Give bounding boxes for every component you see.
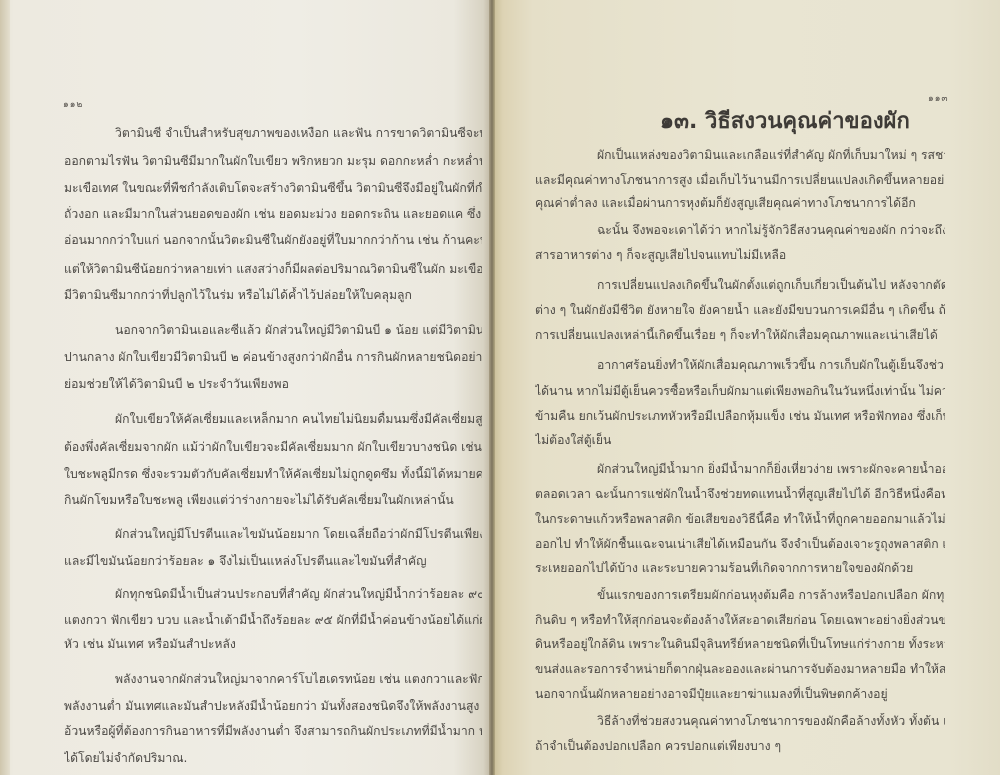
text-line: ในกระดาษแก้วหรือพลาสติก ข้อเสียของวิธีนี…: [535, 511, 945, 527]
text-line: ถั่วงอก และมีมากในส่วนยอดของผัก เช่น ยอด…: [64, 206, 482, 222]
text-line: มะเขือเทศ ในขณะที่พืชกำลังเติบโตจะสร้างว…: [64, 180, 482, 196]
text-line: ผักทุกชนิดมีน้ำเป็นส่วนประกอบที่สำคัญ ผั…: [115, 586, 482, 602]
left-page-number: ๑๑๒: [63, 97, 83, 111]
text-line: กินดิบ ๆ หรือทำให้สุกก่อนจะต้องล้างให้สะ…: [535, 612, 945, 628]
text-line: ออกไป ทำให้ผักชื้นแฉะจนเน่าเสียได้เหมือน…: [535, 536, 945, 552]
page-edge: [0, 0, 10, 775]
text-line: แตงกวา ฟักเขียว บวบ และน้ำเต้ามีน้ำถึงร้…: [64, 612, 482, 628]
text-line: นอกจากวิตามินเอและซีแล้ว ผักส่วนใหญ่มีวิ…: [115, 322, 482, 338]
text-line: ตลอดเวลา ฉะนั้นการแช่ผักในน้ำจึงช่วยทดแท…: [535, 486, 945, 502]
text-line: ย่อมช่วยให้ได้วิตามินบี ๒ ประจำวันเพียงพ…: [64, 376, 482, 392]
text-line: ผักใบเขียวให้คัลเซี่ยมและเหล็กมาก คนไทยไ…: [115, 411, 482, 427]
text-line: ได้นาน หากไม่มีตู้เย็นควรซื้อหรือเก็บผัก…: [535, 383, 945, 399]
text-line: ใบชะพลูมีกรด ซึ่งจะรวมตัวกับคัลเซี่ยมทำใ…: [64, 466, 482, 482]
text-line: ต่าง ๆ ในผักยังมีชีวิต ยังหายใจ ยังคายน้…: [535, 302, 945, 318]
chapter-title: ๑๓. วิธีสงวนคุณค่าของผัก: [660, 103, 910, 138]
text-line: หัว เช่น มันเทศ หรือมันสำปะหลัง: [64, 636, 482, 652]
text-line: ออกตามไรฟัน วิตามินซีมีมากในผักใบเขียว พ…: [64, 153, 482, 169]
text-line: วิตามินซี จำเป็นสำหรับสุขภาพของเหงือก แล…: [115, 125, 482, 141]
text-line: อากาศร้อนยิ่งทำให้ผักเสื่อมคุณภาพเร็วขึ้…: [597, 357, 945, 373]
text-line: ฉะนั้น จึงพอจะเดาได้ว่า หากไม่รู้จักวิธี…: [597, 222, 945, 238]
text-line: ได้โดยไม่จำกัดปริมาณ.: [64, 750, 482, 766]
text-line: กินผักโขมหรือใบชะพลู เพียงแต่ว่าร่างกายจ…: [64, 492, 482, 508]
book-spread: ๑๑๒ วิตามินซี จำเป็นสำหรับสุขภาพของเหงือ…: [0, 0, 1000, 775]
text-line: พลังงานจากผักส่วนใหญ่มาจากคาร์โบไฮเดรทน้…: [115, 671, 482, 687]
text-line: และมีไขมันน้อยกว่าร้อยละ ๑ จึงไม่เป็นแหล…: [64, 553, 482, 569]
text-line: ขนส่งและรอการจำหน่ายก็ตากฝุ่นละอองและผ่า…: [535, 661, 945, 677]
text-line: นอกจากนั้นผักหลายอย่างอาจมีปุ๋ยและยาฆ่าแ…: [535, 686, 945, 702]
text-line: คุณค่าต่ำลง และเมื่อผ่านการหุงต้มก็ยังสู…: [535, 195, 945, 211]
text-line: ผักเป็นแหล่งของวิตามินและเกลือแร่ที่สำคั…: [597, 147, 945, 163]
left-page: ๑๑๒ วิตามินซี จำเป็นสำหรับสุขภาพของเหงือ…: [0, 0, 493, 775]
text-line: ข้ามคืน ยกเว้นผักประเภทหัวหรือมีเปลือกหุ…: [535, 408, 945, 424]
text-line: มีวิตามินซีมากกว่าที่ปลูกไว้ในร่ม หรือไม…: [64, 287, 482, 303]
text-line: ขั้นแรกของการเตรียมผักก่อนหุงต้มคือ การล…: [597, 587, 945, 603]
text-line: และมีคุณค่าทางโภชนาการสูง เมื่อเก็บไว้นา…: [535, 172, 945, 188]
text-line: ผักส่วนใหญ่มีน้ำมาก ยิ่งมีน้ำมากก็ยิ่งเห…: [597, 461, 945, 477]
text-line: ไม่ต้องใส่ตู้เย็น: [535, 432, 945, 448]
text-line: สารอาหารต่าง ๆ ก็จะสูญเสียไปจนแทบไม่มีเห…: [535, 247, 945, 263]
text-line: การเปลี่ยนแปลงเกิดขึ้นในผักตั้งแต่ถูกเก็…: [597, 277, 945, 293]
text-line: ถ้าจำเป็นต้องปอกเปลือก ควรปอกแต่เพียงบาง…: [535, 738, 945, 754]
text-line: อ้วนหรือผู้ที่ต้องการกินอาหารที่มีพลังงา…: [64, 723, 482, 739]
text-line: วิธีล้างที่ช่วยสงวนคุณค่าทางโภชนาการของผ…: [597, 713, 945, 729]
text-line: แต่ให้วิตามินซีน้อยกว่าหลายเท่า แสงสว่าง…: [64, 261, 482, 277]
text-line: อ่อนมากกว่าใบแก่ นอกจากนั้นวิตะมินซีในผั…: [64, 232, 482, 248]
text-line: พลังงานต่ำ มันเทศและมันสำปะหลังมีน้ำน้อย…: [64, 698, 482, 714]
book-gutter: [489, 0, 495, 775]
text-line: การเปลี่ยนแปลงเหล่านี้เกิดขึ้นเรื่อย ๆ ก…: [535, 327, 945, 343]
text-line: ปานกลาง ผักใบเขียวมีวิตามินบี ๒ ค่อนข้าง…: [64, 349, 482, 365]
right-page-number: ๑๑๓: [928, 91, 949, 105]
text-line: ผักส่วนใหญ่มีโปรตีนและไขมันน้อยมาก โดยเฉ…: [115, 526, 482, 542]
text-line: ดินหรืออยู่ใกล้ดิน เพราะในดินมีจุลินทรีย…: [535, 636, 945, 652]
text-line: ระเหยออกไปได้บ้าง และระบายความร้อนที่เกิ…: [535, 560, 945, 576]
text-line: ต้องพึ่งคัลเซี่ยมจากผัก แม้ว่าผักใบเขียว…: [64, 439, 482, 455]
